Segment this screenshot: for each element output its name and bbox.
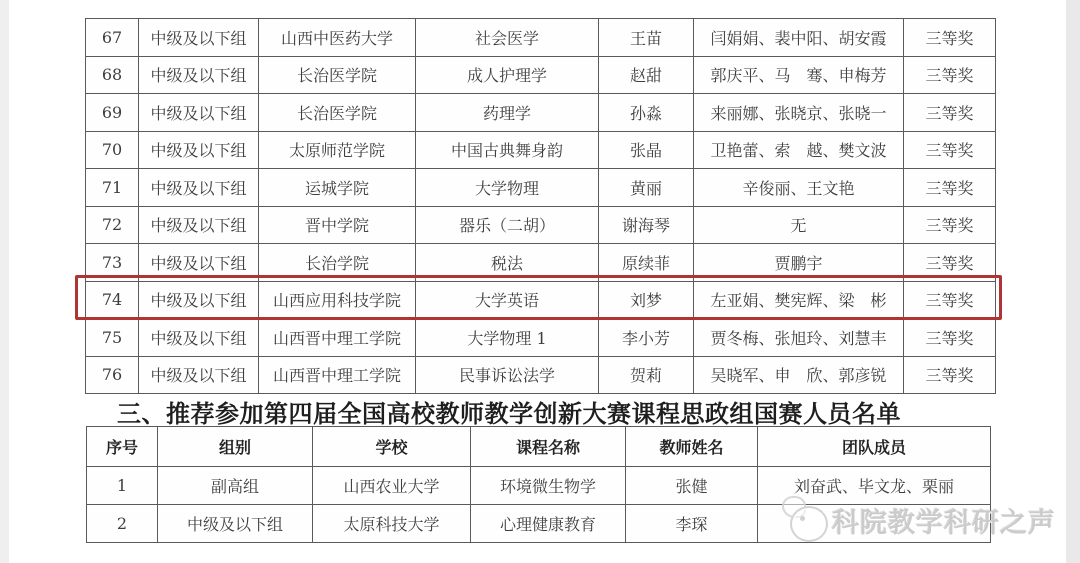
cell-group: 中级及以下组 [139,244,259,282]
cell-school: 长治医学院 [259,94,416,132]
cell-teacher: 贺莉 [599,356,694,394]
cell-no: 1 [87,467,158,505]
photo-edge-right [1066,0,1080,563]
cell-course: 环境微生物学 [471,467,626,505]
photo-edge-left [0,0,9,563]
cell-course: 税法 [416,244,599,282]
award-results-table: 67 中级及以下组 山西中医药大学 社会医学 王苗 闫娟娟、裴中阳、胡安霞 三等… [85,18,996,394]
cell-award: 三等奖 [904,94,996,132]
table-row: 69 中级及以下组 长治医学院 药理学 孙淼 来丽娜、张晓京、张晓一 三等奖 [86,94,996,132]
cell-group: 中级及以下组 [139,356,259,394]
cell-award: 三等奖 [904,356,996,394]
cell-course: 药理学 [416,94,599,132]
cell-award: 三等奖 [904,319,996,357]
cell-course: 民事诉讼法学 [416,356,599,394]
table-row-highlighted: 74 中级及以下组 山西应用科技学院 大学英语 刘梦 左亚娟、樊宪辉、梁 彬 三… [86,281,996,319]
cell-group: 中级及以下组 [139,206,259,244]
cell-no: 76 [86,356,139,394]
cell-no: 71 [86,169,139,207]
cell-school: 长治医学院 [259,56,416,94]
cell-no: 73 [86,244,139,282]
cell-group: 中级及以下组 [139,94,259,132]
section-title: 三、推荐参加第四届全国高校教师教学创新大赛课程思政组国赛人员名单 [117,394,997,429]
cell-award: 三等奖 [904,244,996,282]
cell-team: 郭庆平、马 骞、申梅芳 [694,56,904,94]
cell-team: 刘奋武、毕文龙、栗丽 [758,467,991,505]
cell-school: 太原科技大学 [313,505,471,543]
cell-team: 吴晓军、申 欣、郭彦锐 [694,356,904,394]
table-row: 71 中级及以下组 运城学院 大学物理 黄丽 辛俊丽、王文艳 三等奖 [86,169,996,207]
cell-teacher: 谢海琴 [599,206,694,244]
cell-no: 72 [86,206,139,244]
cell-teacher: 原续菲 [599,244,694,282]
header-team: 团队成员 [758,427,991,467]
cell-award: 三等奖 [904,131,996,169]
cell-school: 山西农业大学 [313,467,471,505]
cell-award: 三等奖 [904,19,996,57]
cell-course: 成人护理学 [416,56,599,94]
table-row: 2 中级及以下组 太原科技大学 心理健康教育 李琛 [87,505,991,543]
cell-school: 太原师范学院 [259,131,416,169]
cell-school: 长治学院 [259,244,416,282]
header-teacher: 教师姓名 [626,427,758,467]
cell-school: 运城学院 [259,169,416,207]
header-group: 组别 [158,427,313,467]
cell-group: 副高组 [158,467,313,505]
cell-team: 贾冬梅、张旭玲、刘慧丰 [694,319,904,357]
cell-team [758,505,991,543]
header-no: 序号 [87,427,158,467]
cell-teacher: 王苗 [599,19,694,57]
cell-team: 辛俊丽、王文艳 [694,169,904,207]
table-row: 76 中级及以下组 山西晋中理工学院 民事诉讼法学 贺莉 吴晓军、申 欣、郭彦锐… [86,356,996,394]
cell-award: 三等奖 [904,206,996,244]
cell-no: 2 [87,505,158,543]
cell-teacher: 赵甜 [599,56,694,94]
cell-teacher: 黄丽 [599,169,694,207]
table-row: 73 中级及以下组 长治学院 税法 原续菲 贾鹏宇 三等奖 [86,244,996,282]
cell-course: 大学物理 1 [416,319,599,357]
cell-group: 中级及以下组 [139,131,259,169]
table-row: 72 中级及以下组 晋中学院 器乐（二胡） 谢海琴 无 三等奖 [86,206,996,244]
header-school: 学校 [313,427,471,467]
cell-team: 卫艳蕾、索 越、樊文波 [694,131,904,169]
national-contest-table: 序号 组别 学校 课程名称 教师姓名 团队成员 1 副高组 山西农业大学 环境微… [86,426,991,543]
cell-group: 中级及以下组 [139,319,259,357]
cell-course: 心理健康教育 [471,505,626,543]
cell-team: 来丽娜、张晓京、张晓一 [694,94,904,132]
cell-group: 中级及以下组 [139,281,259,319]
cell-no: 75 [86,319,139,357]
table-row: 67 中级及以下组 山西中医药大学 社会医学 王苗 闫娟娟、裴中阳、胡安霞 三等… [86,19,996,57]
cell-group: 中级及以下组 [139,169,259,207]
cell-no: 70 [86,131,139,169]
cell-school: 晋中学院 [259,206,416,244]
cell-school: 山西晋中理工学院 [259,319,416,357]
cell-award: 三等奖 [904,169,996,207]
cell-group: 中级及以下组 [158,505,313,543]
cell-course: 大学物理 [416,169,599,207]
cell-teacher: 张健 [626,467,758,505]
cell-course: 中国古典舞身韵 [416,131,599,169]
cell-team: 无 [694,206,904,244]
cell-no: 69 [86,94,139,132]
cell-group: 中级及以下组 [139,19,259,57]
cell-no: 68 [86,56,139,94]
cell-course: 器乐（二胡） [416,206,599,244]
cell-award: 三等奖 [904,56,996,94]
cell-school: 山西中医药大学 [259,19,416,57]
cell-teacher: 李小芳 [599,319,694,357]
table-row: 68 中级及以下组 长治医学院 成人护理学 赵甜 郭庆平、马 骞、申梅芳 三等奖 [86,56,996,94]
header-course: 课程名称 [471,427,626,467]
cell-school: 山西晋中理工学院 [259,356,416,394]
table-header-row: 序号 组别 学校 课程名称 教师姓名 团队成员 [87,427,991,467]
table-row: 70 中级及以下组 太原师范学院 中国古典舞身韵 张晶 卫艳蕾、索 越、樊文波 … [86,131,996,169]
cell-no: 74 [86,281,139,319]
cell-no: 67 [86,19,139,57]
cell-teacher: 刘梦 [599,281,694,319]
cell-course: 社会医学 [416,19,599,57]
cell-course: 大学英语 [416,281,599,319]
document-page: 67 中级及以下组 山西中医药大学 社会医学 王苗 闫娟娟、裴中阳、胡安霞 三等… [0,0,1080,563]
cell-team: 闫娟娟、裴中阳、胡安霞 [694,19,904,57]
cell-teacher: 李琛 [626,505,758,543]
cell-teacher: 张晶 [599,131,694,169]
cell-school: 山西应用科技学院 [259,281,416,319]
cell-team: 左亚娟、樊宪辉、梁 彬 [694,281,904,319]
cell-group: 中级及以下组 [139,56,259,94]
cell-award: 三等奖 [904,281,996,319]
table-row: 1 副高组 山西农业大学 环境微生物学 张健 刘奋武、毕文龙、栗丽 [87,467,991,505]
table-row: 75 中级及以下组 山西晋中理工学院 大学物理 1 李小芳 贾冬梅、张旭玲、刘慧… [86,319,996,357]
cell-team: 贾鹏宇 [694,244,904,282]
cell-teacher: 孙淼 [599,94,694,132]
